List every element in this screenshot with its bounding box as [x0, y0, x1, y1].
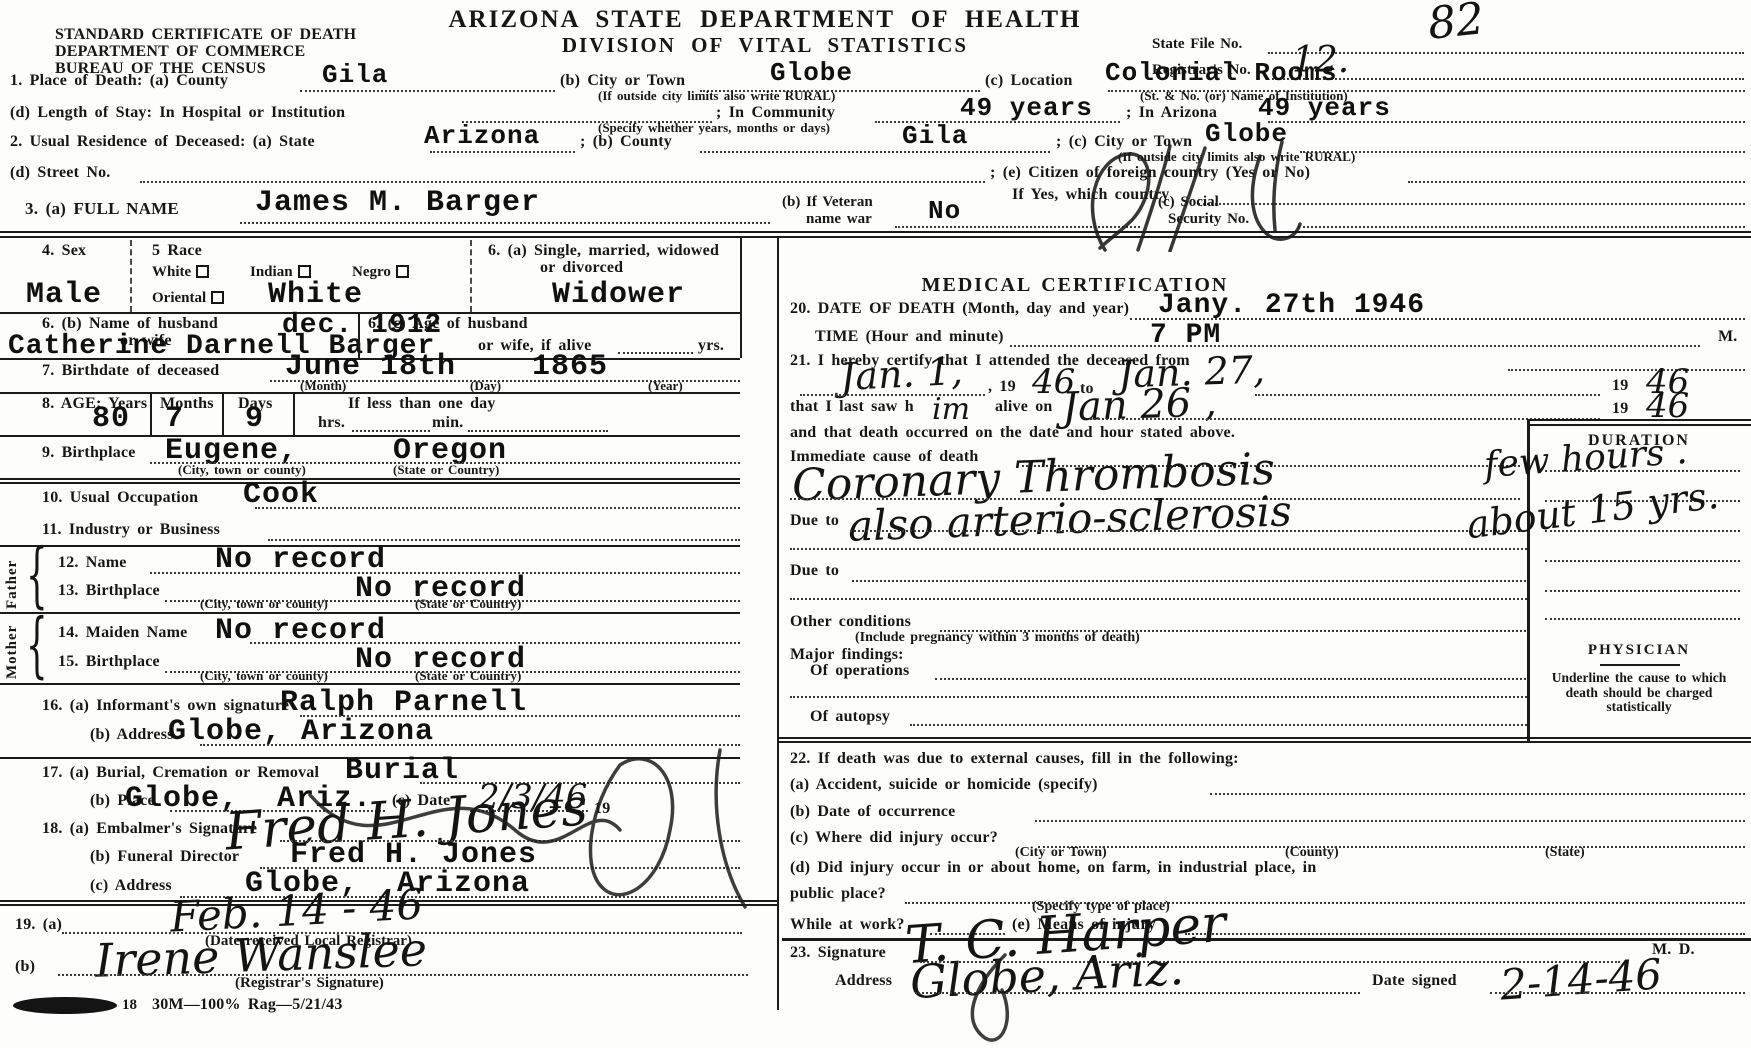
- state-file-no-label: State File No.: [1152, 36, 1242, 53]
- mother-name-label: 14. Maiden Name: [58, 624, 187, 642]
- to-year-prefix: 19: [1612, 377, 1628, 395]
- death-certificate-scan: STANDARD CERTIFICATE OF DEATH DEPARTMENT…: [0, 0, 1751, 1048]
- date-of-death-label: 20. DATE OF DEATH (Month, day and year): [790, 300, 1129, 318]
- while-at-work-label: While at work?: [790, 916, 905, 934]
- veteran-label-2: name war: [806, 211, 872, 228]
- residence-county-value: Gila: [902, 121, 968, 151]
- dotted-line: [1300, 151, 1745, 153]
- dotted-line: [468, 430, 608, 432]
- age-hrs-label: hrs.: [318, 414, 345, 432]
- residence-state-value: Arizona: [424, 121, 540, 151]
- marital-status-value: Widower: [552, 278, 685, 312]
- occupation-label: 10. Usual Occupation: [42, 489, 198, 507]
- injury-state-note: (State): [1545, 845, 1585, 861]
- physician-signature-label: 23. Signature: [790, 944, 886, 962]
- agency-line-2: DEPARTMENT OF COMMERCE: [55, 43, 305, 61]
- industry-label: 11. Industry or Business: [42, 521, 220, 539]
- dotted-line: [700, 151, 1050, 153]
- agency-line-1: STANDARD CERTIFICATE OF DEATH: [55, 26, 356, 44]
- race-oriental-label: Oriental: [152, 290, 206, 306]
- last-saw-value: Jan 26 ,: [1061, 379, 1217, 430]
- dotted-line: [255, 507, 740, 509]
- checkbox-white: [196, 265, 209, 278]
- dotted-line: [1298, 226, 1745, 228]
- dotted-line: [790, 548, 1530, 550]
- rule-horizontal: [1527, 424, 1751, 426]
- registrar-signature-label: (b): [15, 958, 35, 976]
- which-country-label: If Yes, which country: [1012, 186, 1170, 204]
- rule-horizontal: [0, 478, 740, 480]
- birthdate-label: 7. Birthdate of deceased: [42, 362, 219, 380]
- dotted-line: [915, 992, 1360, 994]
- in-arizona-label: ; In Arizona: [1126, 104, 1217, 122]
- alive-on-label: alive on: [995, 398, 1053, 416]
- sex-label: 4. Sex: [42, 242, 86, 260]
- death-occurred-label: and that death occurred on the date and …: [790, 424, 1235, 442]
- marital-status-label-2: or divorced: [540, 259, 623, 277]
- due-to-1-label: Due to: [790, 512, 839, 530]
- dotted-line: [1545, 590, 1740, 592]
- rule-horizontal: [0, 482, 740, 484]
- dotted-line: [1210, 793, 1745, 795]
- physician-address-label: Address: [835, 972, 892, 990]
- ssn-label-2: Security No.: [1168, 211, 1249, 228]
- father-birthplace-label: 13. Birthplace: [58, 582, 160, 600]
- race-white-option: White: [152, 264, 209, 281]
- form-title: ARIZONA STATE DEPARTMENT OF HEALTH: [420, 6, 1110, 34]
- informant-signature-label: 16. (a) Informant's own signature: [42, 697, 289, 715]
- dotted-line: [1508, 369, 1745, 371]
- dotted-line: [1408, 181, 1745, 183]
- rule-horizontal: [0, 236, 1751, 238]
- length-of-stay-label: (d) Length of Stay: In Hospital or Insti…: [10, 104, 345, 122]
- dotted-line: [905, 902, 1745, 904]
- rule-vertical-dashed: [130, 240, 132, 312]
- dotted-line: [850, 530, 1520, 532]
- rule-horizontal: [777, 737, 1751, 739]
- full-name-label: 3. (a) FULL NAME: [25, 199, 179, 219]
- race-white-label: White: [152, 264, 191, 280]
- dotted-line: [1010, 345, 1700, 347]
- rule-horizontal: [1527, 419, 1751, 421]
- rule-horizontal: [777, 741, 1751, 743]
- rule-vertical-dashed: [470, 240, 472, 312]
- saw-year-prefix: 19: [1612, 400, 1628, 418]
- of-operations-label: Of operations: [810, 662, 909, 680]
- city-rural-note: (If outside city limits also write RURAL…: [598, 88, 835, 104]
- dotted-line: [140, 181, 985, 183]
- form-subtitle: DIVISION OF VITAL STATISTICS: [420, 33, 1110, 58]
- informant-address-label: (b) Address: [90, 726, 174, 744]
- date-received-label: 19. (a): [15, 916, 62, 934]
- mother-note-2: (State or Country): [415, 668, 521, 684]
- age-months-value: 7: [165, 402, 184, 436]
- physician-box-note: Underline the cause to which death shoul…: [1536, 671, 1742, 715]
- dotted-line: [352, 430, 430, 432]
- county-value: Gila: [322, 60, 388, 90]
- rule-vertical: [740, 236, 742, 358]
- injury-home-label: (d) Did injury occur in or about home, o…: [790, 859, 1316, 877]
- birthplace-note-1: (City, town or county): [178, 462, 306, 478]
- footer-print-code: 30M—100% Rag—5/21/43: [152, 996, 343, 1014]
- mother-note-1: (City, town or county): [200, 668, 328, 684]
- public-place-label: public place?: [790, 885, 886, 903]
- spouse-age-suffix: yrs.: [698, 337, 724, 355]
- dotted-line: [1090, 418, 1600, 420]
- dotted-line: [1038, 846, 1745, 848]
- dotted-line: [1185, 933, 1745, 935]
- registrar-signature-note: (Registrar's Signature): [235, 975, 384, 992]
- dotted-line: [1268, 121, 1745, 123]
- full-name-value: James M. Barger: [255, 186, 540, 220]
- dotted-line: [1198, 203, 1745, 205]
- dotted-line: [790, 598, 1530, 600]
- race-label: 5 Race: [152, 242, 202, 260]
- race-value: White: [268, 278, 363, 312]
- footer-stamp-no: 18: [122, 997, 137, 1014]
- date-of-death-value: Jany. 27th 1946: [1158, 290, 1425, 321]
- residence-county-label: ; (b) County: [580, 133, 672, 151]
- father-note-2: (State or Country): [415, 596, 521, 612]
- marital-status-label: 6. (a) Single, married, widowed: [488, 242, 719, 260]
- printer-stamp: [13, 997, 117, 1014]
- dotted-line: [1545, 560, 1740, 562]
- dotted-line: [430, 151, 575, 153]
- dotted-line: [58, 974, 748, 976]
- sex-value: Male: [26, 278, 102, 312]
- funeral-address-label: (c) Address: [90, 877, 172, 895]
- time-of-death-label: TIME (Hour and minute): [815, 328, 1004, 346]
- dotted-line: [300, 90, 555, 92]
- age-years-value: 80: [92, 402, 130, 436]
- checkbox-negro: [396, 265, 409, 278]
- rule-horizontal: [0, 683, 740, 685]
- birthplace-note-2: (State or Country): [393, 462, 499, 478]
- date-signed-label: Date signed: [1372, 972, 1457, 990]
- last-saw-label: that I last saw h: [790, 398, 914, 416]
- residence-city-note: (If outside city limits also write RURAL…: [1118, 149, 1355, 165]
- race-oriental-option: Oriental: [152, 290, 224, 307]
- veteran-label: (b) If Veteran: [782, 194, 873, 211]
- father-side-label: Father: [4, 551, 21, 609]
- dotted-line: [1130, 318, 1745, 320]
- accident-label: (a) Accident, suicide or homicide (speci…: [790, 776, 1098, 794]
- place-of-death-label: 1. Place of Death: (a) County: [10, 72, 228, 90]
- dotted-line: [1490, 992, 1745, 994]
- father-note-1: (City, town or county): [200, 596, 328, 612]
- location-value: Colonial Rooms: [1105, 58, 1337, 88]
- date-signed-value: 2-14-46: [1498, 949, 1663, 1009]
- checkbox-oriental: [211, 291, 224, 304]
- rule-vertical: [222, 392, 224, 435]
- mother-brace: {: [26, 604, 48, 688]
- physician-box-title: PHYSICIAN: [1527, 642, 1751, 659]
- other-conditions-label: Other conditions: [790, 613, 911, 631]
- dotted-line: [935, 678, 1530, 680]
- mother-birthplace-label: 15. Birthplace: [58, 653, 160, 671]
- dotted-line: [618, 352, 693, 354]
- dotted-line: [1545, 618, 1740, 620]
- funeral-director-label: (b) Funeral Director: [90, 848, 239, 866]
- ssn-label: (c) Social: [1158, 194, 1219, 211]
- rule-vertical: [777, 236, 779, 1010]
- usual-residence-label: 2. Usual Residence of Deceased: (a) Stat…: [10, 133, 315, 151]
- dotted-line: [852, 580, 1530, 582]
- of-autopsy-label: Of autopsy: [810, 708, 890, 726]
- mother-side-label: Mother: [4, 621, 21, 679]
- residence-city-value: Globe: [1205, 119, 1288, 149]
- duration-entry-1: few hours .: [1483, 431, 1689, 486]
- veteran-value: No: [928, 196, 961, 226]
- time-of-death-value: 7 PM: [1150, 320, 1221, 351]
- dotted-line: [1255, 394, 1600, 396]
- checkbox-indian: [298, 265, 311, 278]
- time-suffix: M.: [1718, 328, 1738, 346]
- dotted-line: [268, 539, 740, 541]
- dotted-line: [1035, 820, 1745, 822]
- age-less-label: If less than one day: [348, 395, 496, 413]
- dotted-line: [895, 226, 1140, 228]
- file-number-stamp: 82: [1425, 0, 1486, 50]
- from-year-prefix: , 19: [988, 378, 1016, 396]
- location-label: (c) Location: [985, 72, 1073, 90]
- rule-vertical: [150, 392, 152, 435]
- due-to-2-label: Due to: [790, 562, 839, 580]
- rule-vertical: [293, 392, 295, 435]
- last-saw-hand: im: [932, 392, 970, 427]
- rule-horizontal: [0, 392, 740, 394]
- city-value: Globe: [770, 58, 853, 88]
- in-community-value: 49 years: [960, 93, 1093, 123]
- citizen-label: ; (e) Citizen of foreign country (Yes or…: [990, 164, 1310, 182]
- dotted-line: [790, 696, 1530, 698]
- birthplace-label: 9. Birthplace: [42, 444, 136, 462]
- dotted-line: [910, 724, 1530, 726]
- street-no-label: (d) Street No.: [10, 164, 110, 182]
- dotted-line: [200, 744, 740, 746]
- burial-date-year-prefix: 19: [594, 800, 610, 818]
- date-occurrence-label: (b) Date of occurrence: [790, 803, 956, 821]
- age-days-value: 9: [245, 402, 264, 436]
- dotted-line: [240, 222, 770, 224]
- father-name-label: 12. Name: [58, 554, 127, 572]
- where-injury-label: (c) Where did injury occur?: [790, 829, 998, 847]
- rule-horizontal: [1600, 664, 1680, 666]
- age-min-label: min.: [432, 414, 463, 432]
- rule-horizontal: [0, 231, 1751, 233]
- external-causes-label: 22. If death was due to external causes,…: [790, 750, 1239, 768]
- burial-label: 17. (a) Burial, Cremation or Removal: [42, 764, 319, 782]
- spouse-age-label: 6. (c) Age of husband: [368, 315, 528, 333]
- other-conditions-note: (Include pregnancy within 3 months of de…: [855, 630, 1140, 646]
